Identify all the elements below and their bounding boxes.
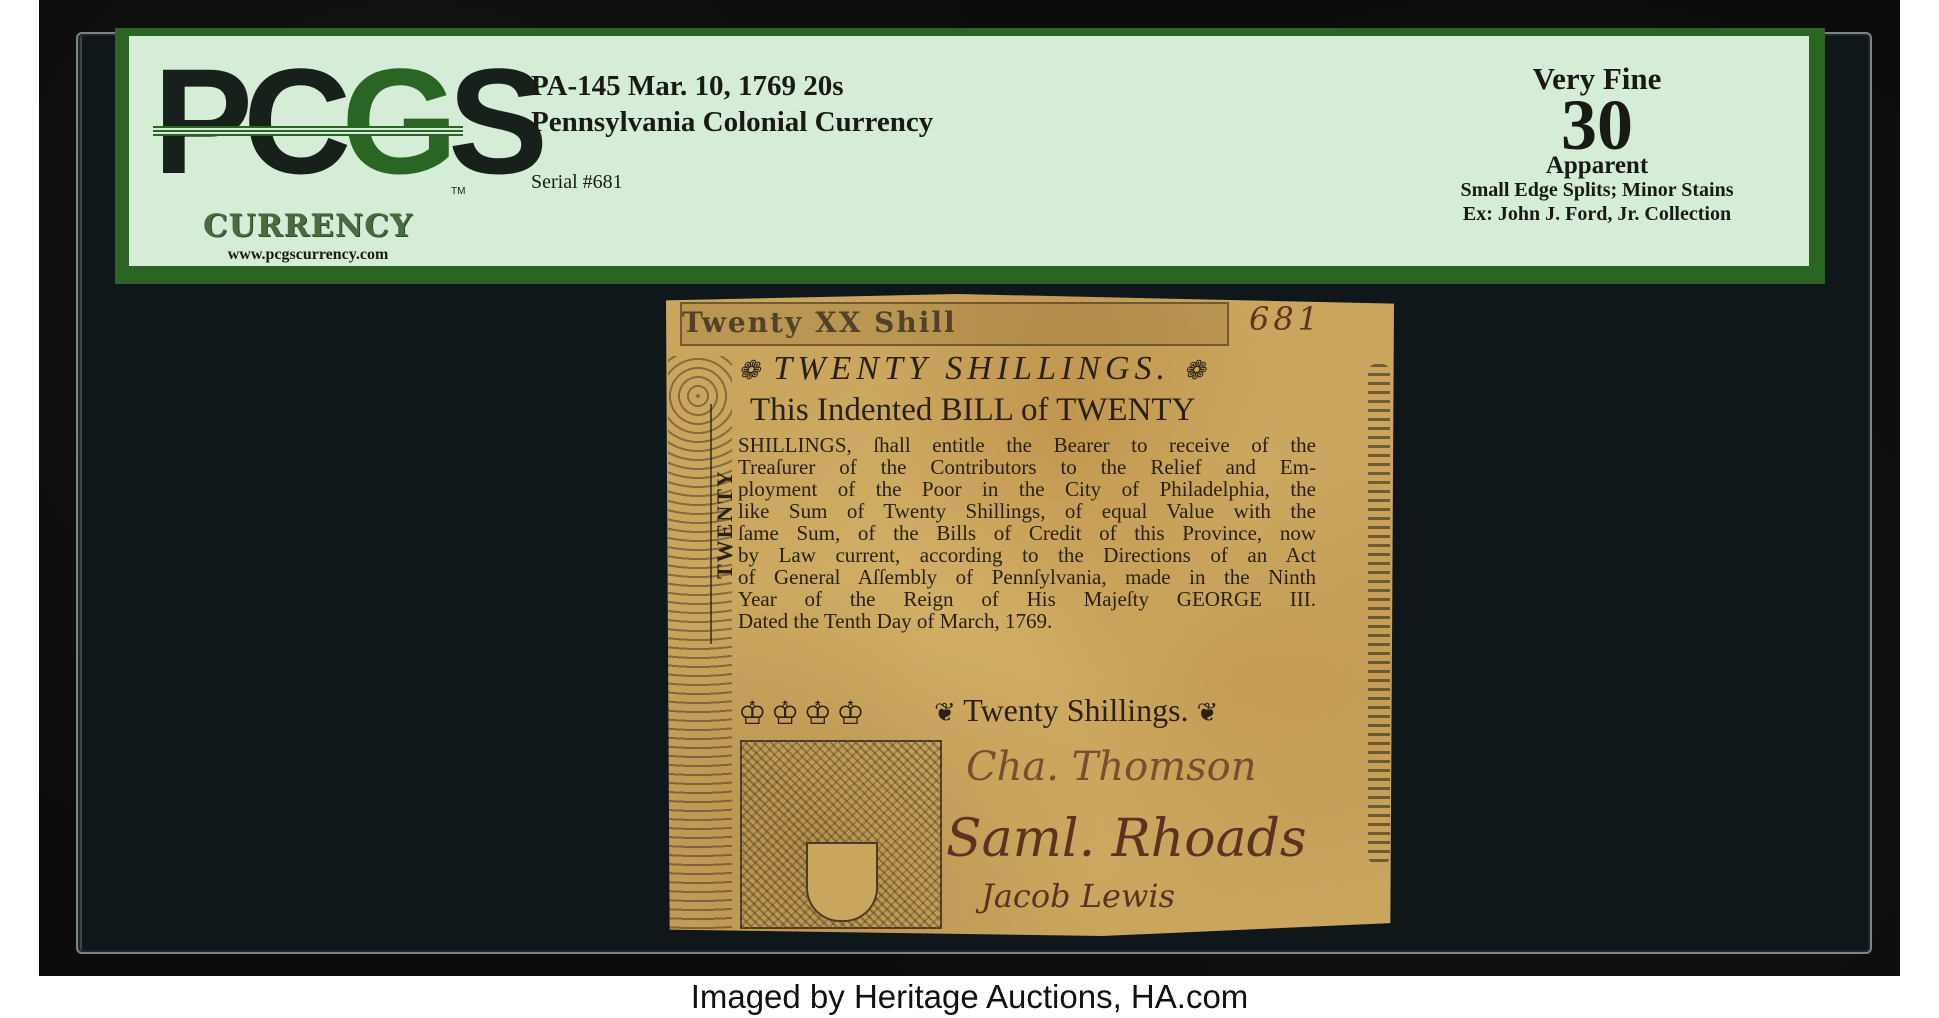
right-ornament-border	[1368, 364, 1390, 864]
body-line: SHILLINGS, ſhall entitle the Bearer to r…	[738, 434, 1316, 456]
handwritten-serial: 681	[1249, 300, 1322, 338]
grade-qualifier: Apparent	[1417, 154, 1777, 178]
colonial-banknote: Twenty XX Shill 681 TWENTY ❁ TWENTY SHIL…	[666, 294, 1394, 936]
body-line: Year of the Reign of His Majeſty GEORGE …	[738, 588, 1316, 610]
body-line: ployment of the Poor in the City of Phil…	[738, 478, 1316, 500]
body-line: like Sum of Twenty Shillings, of equal V…	[738, 500, 1316, 522]
series-title: Pennsylvania Colonial Currency	[531, 104, 933, 140]
logo-currency-text: CURRENCY	[153, 208, 463, 244]
body-line: Treaſurer of the Contributors to the Rel…	[738, 456, 1316, 478]
body-line: Dated the Tenth Day of March, 1769.	[738, 610, 1316, 632]
signature-2: Saml. Rhoads	[946, 809, 1307, 869]
side-denomination-text: TWENTY	[710, 404, 736, 644]
scroll-ornament-icon: ❦	[1197, 698, 1219, 727]
arms-vignette	[740, 740, 942, 929]
pedigree: Ex: John J. Ford, Jr. Collection	[1417, 202, 1777, 226]
signature-3: Jacob Lewis	[981, 877, 1175, 915]
logo-stripe-icon	[153, 126, 463, 136]
pcgs-logo-mark: PCGS	[153, 46, 538, 196]
website-url: www.pcgscurrency.com	[153, 246, 463, 264]
body-line: by Law current, according to the Directi…	[738, 544, 1316, 566]
serial-number: Serial #681	[531, 171, 933, 194]
denomination-line: ❦ Twenty Shillings. ❦	[934, 692, 1218, 729]
grade-number: 30	[1417, 96, 1777, 154]
shield-icon	[806, 842, 878, 922]
note-top-banner: Twenty XX Shill	[680, 302, 1229, 346]
signature-1: Cha. Thomson	[966, 744, 1256, 790]
note-body: SHILLINGS, ſhall entitle the Bearer to r…	[738, 434, 1316, 632]
note-heading: ❁ TWENTY SHILLINGS. ❁	[738, 350, 1318, 388]
image-credit: Imaged by Heritage Auctions, HA.com	[0, 976, 1939, 1018]
crown-icons: ♔♔♔♔	[738, 694, 869, 732]
ornament-icon: ❁	[1184, 356, 1206, 385]
grade-comment: Small Edge Splits; Minor Stains	[1417, 178, 1777, 202]
label-panel: PCGS TM CURRENCY www.pcgscurrency.com PA…	[129, 36, 1809, 266]
ornament-icon: ❁	[738, 356, 760, 385]
pcgs-logo: PCGS TM CURRENCY www.pcgscurrency.com	[153, 46, 463, 266]
catalog-title: PA-145 Mar. 10, 1769 20s	[531, 68, 933, 104]
note-subheading: This Indented BILL of TWENTY	[750, 392, 1310, 429]
grading-label: PCGS TM CURRENCY www.pcgscurrency.com PA…	[115, 28, 1825, 284]
scroll-ornament-icon: ❦	[934, 698, 956, 727]
trademark-mark: TM	[451, 186, 465, 197]
note-description: PA-145 Mar. 10, 1769 20s Pennsylvania Co…	[531, 68, 933, 194]
body-line: ſame Sum, of the Bills of Credit of this…	[738, 522, 1316, 544]
heading-text: TWENTY SHILLINGS.	[773, 350, 1170, 387]
grade-block: Very Fine 30 Apparent Small Edge Splits;…	[1417, 62, 1777, 226]
denomination-text: Twenty Shillings.	[963, 692, 1188, 728]
body-line: of General Aſſembly of Pennſylvania, mad…	[738, 566, 1316, 588]
